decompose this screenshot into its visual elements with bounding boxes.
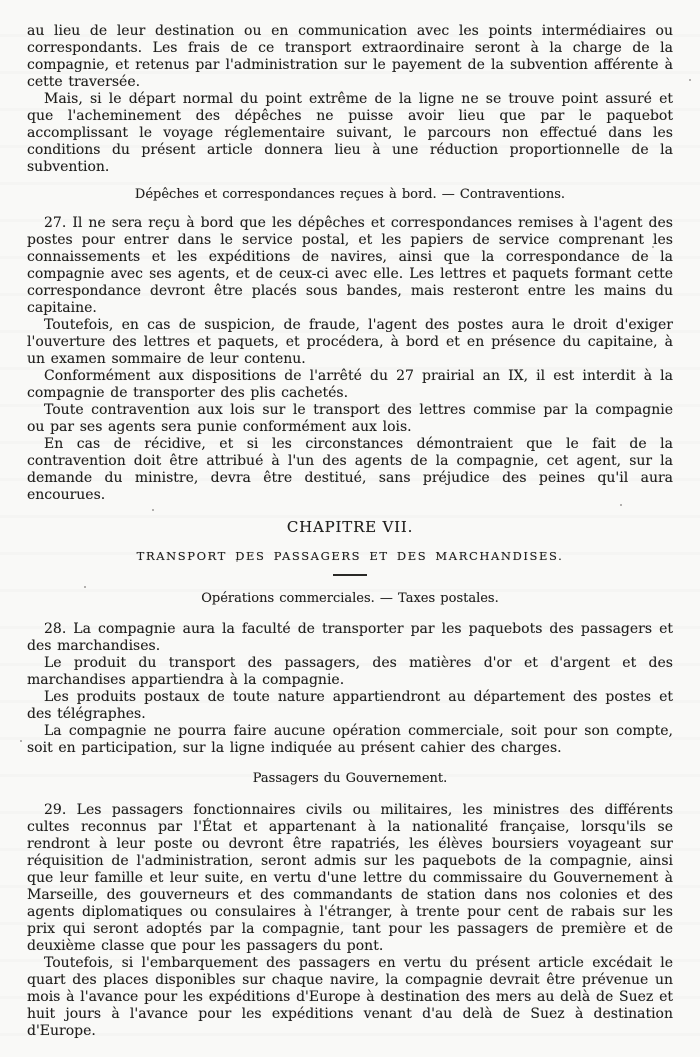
paragraph-continuation: au lieu de leur destination ou en commun… <box>27 23 673 91</box>
chapter-heading: CHAPITRE VII. <box>27 519 673 535</box>
paragraph: La compagnie ne pourra faire aucune opér… <box>27 723 673 757</box>
paragraph: Conformément aux dispositions de l'arrêt… <box>27 368 673 402</box>
section-heading-passagers-gouvernement: Passagers du Gouvernement. <box>27 771 673 787</box>
separator-rule <box>333 574 367 576</box>
section-heading-depeches-contraventions: Dépêches et correspondances reçues à bor… <box>27 187 673 203</box>
scan-speck <box>689 79 691 81</box>
paragraph: Mais, si le départ normal du point extrê… <box>27 91 673 176</box>
scan-speck <box>396 528 398 530</box>
paragraph: Toutefois, si l'embarquement des passage… <box>27 955 673 1040</box>
scan-speck <box>620 504 622 506</box>
paragraph-article-27: 27. Il ne sera reçu à bord que les dépêc… <box>27 215 673 317</box>
paragraph: Toute contravention aux lois sur le tran… <box>27 402 673 436</box>
scan-speck <box>236 560 238 562</box>
scan-speck <box>652 246 654 248</box>
paragraph: En cas de récidive, et si les circonstan… <box>27 436 673 504</box>
paragraph: Les produits postaux de toute nature app… <box>27 689 673 723</box>
scanned-page: au lieu de leur destination ou en commun… <box>0 0 700 1057</box>
section-heading-operations-taxes: Opérations commerciales. — Taxes postale… <box>27 591 673 607</box>
scan-speck <box>20 740 22 742</box>
paragraph: Le produit du transport des passagers, d… <box>27 655 673 689</box>
scan-speck <box>152 509 154 511</box>
chapter-subtitle: TRANSPORT DES PASSAGERS ET DES MARCHANDI… <box>27 549 673 563</box>
paragraph-article-28: 28. La compagnie aura la faculté de tran… <box>27 621 673 655</box>
paragraph-article-29: 29. Les passagers fonctionnaires civils … <box>27 802 673 955</box>
scan-speck <box>84 586 86 588</box>
paragraph: Toutefois, en cas de suspicion, de fraud… <box>27 317 673 368</box>
